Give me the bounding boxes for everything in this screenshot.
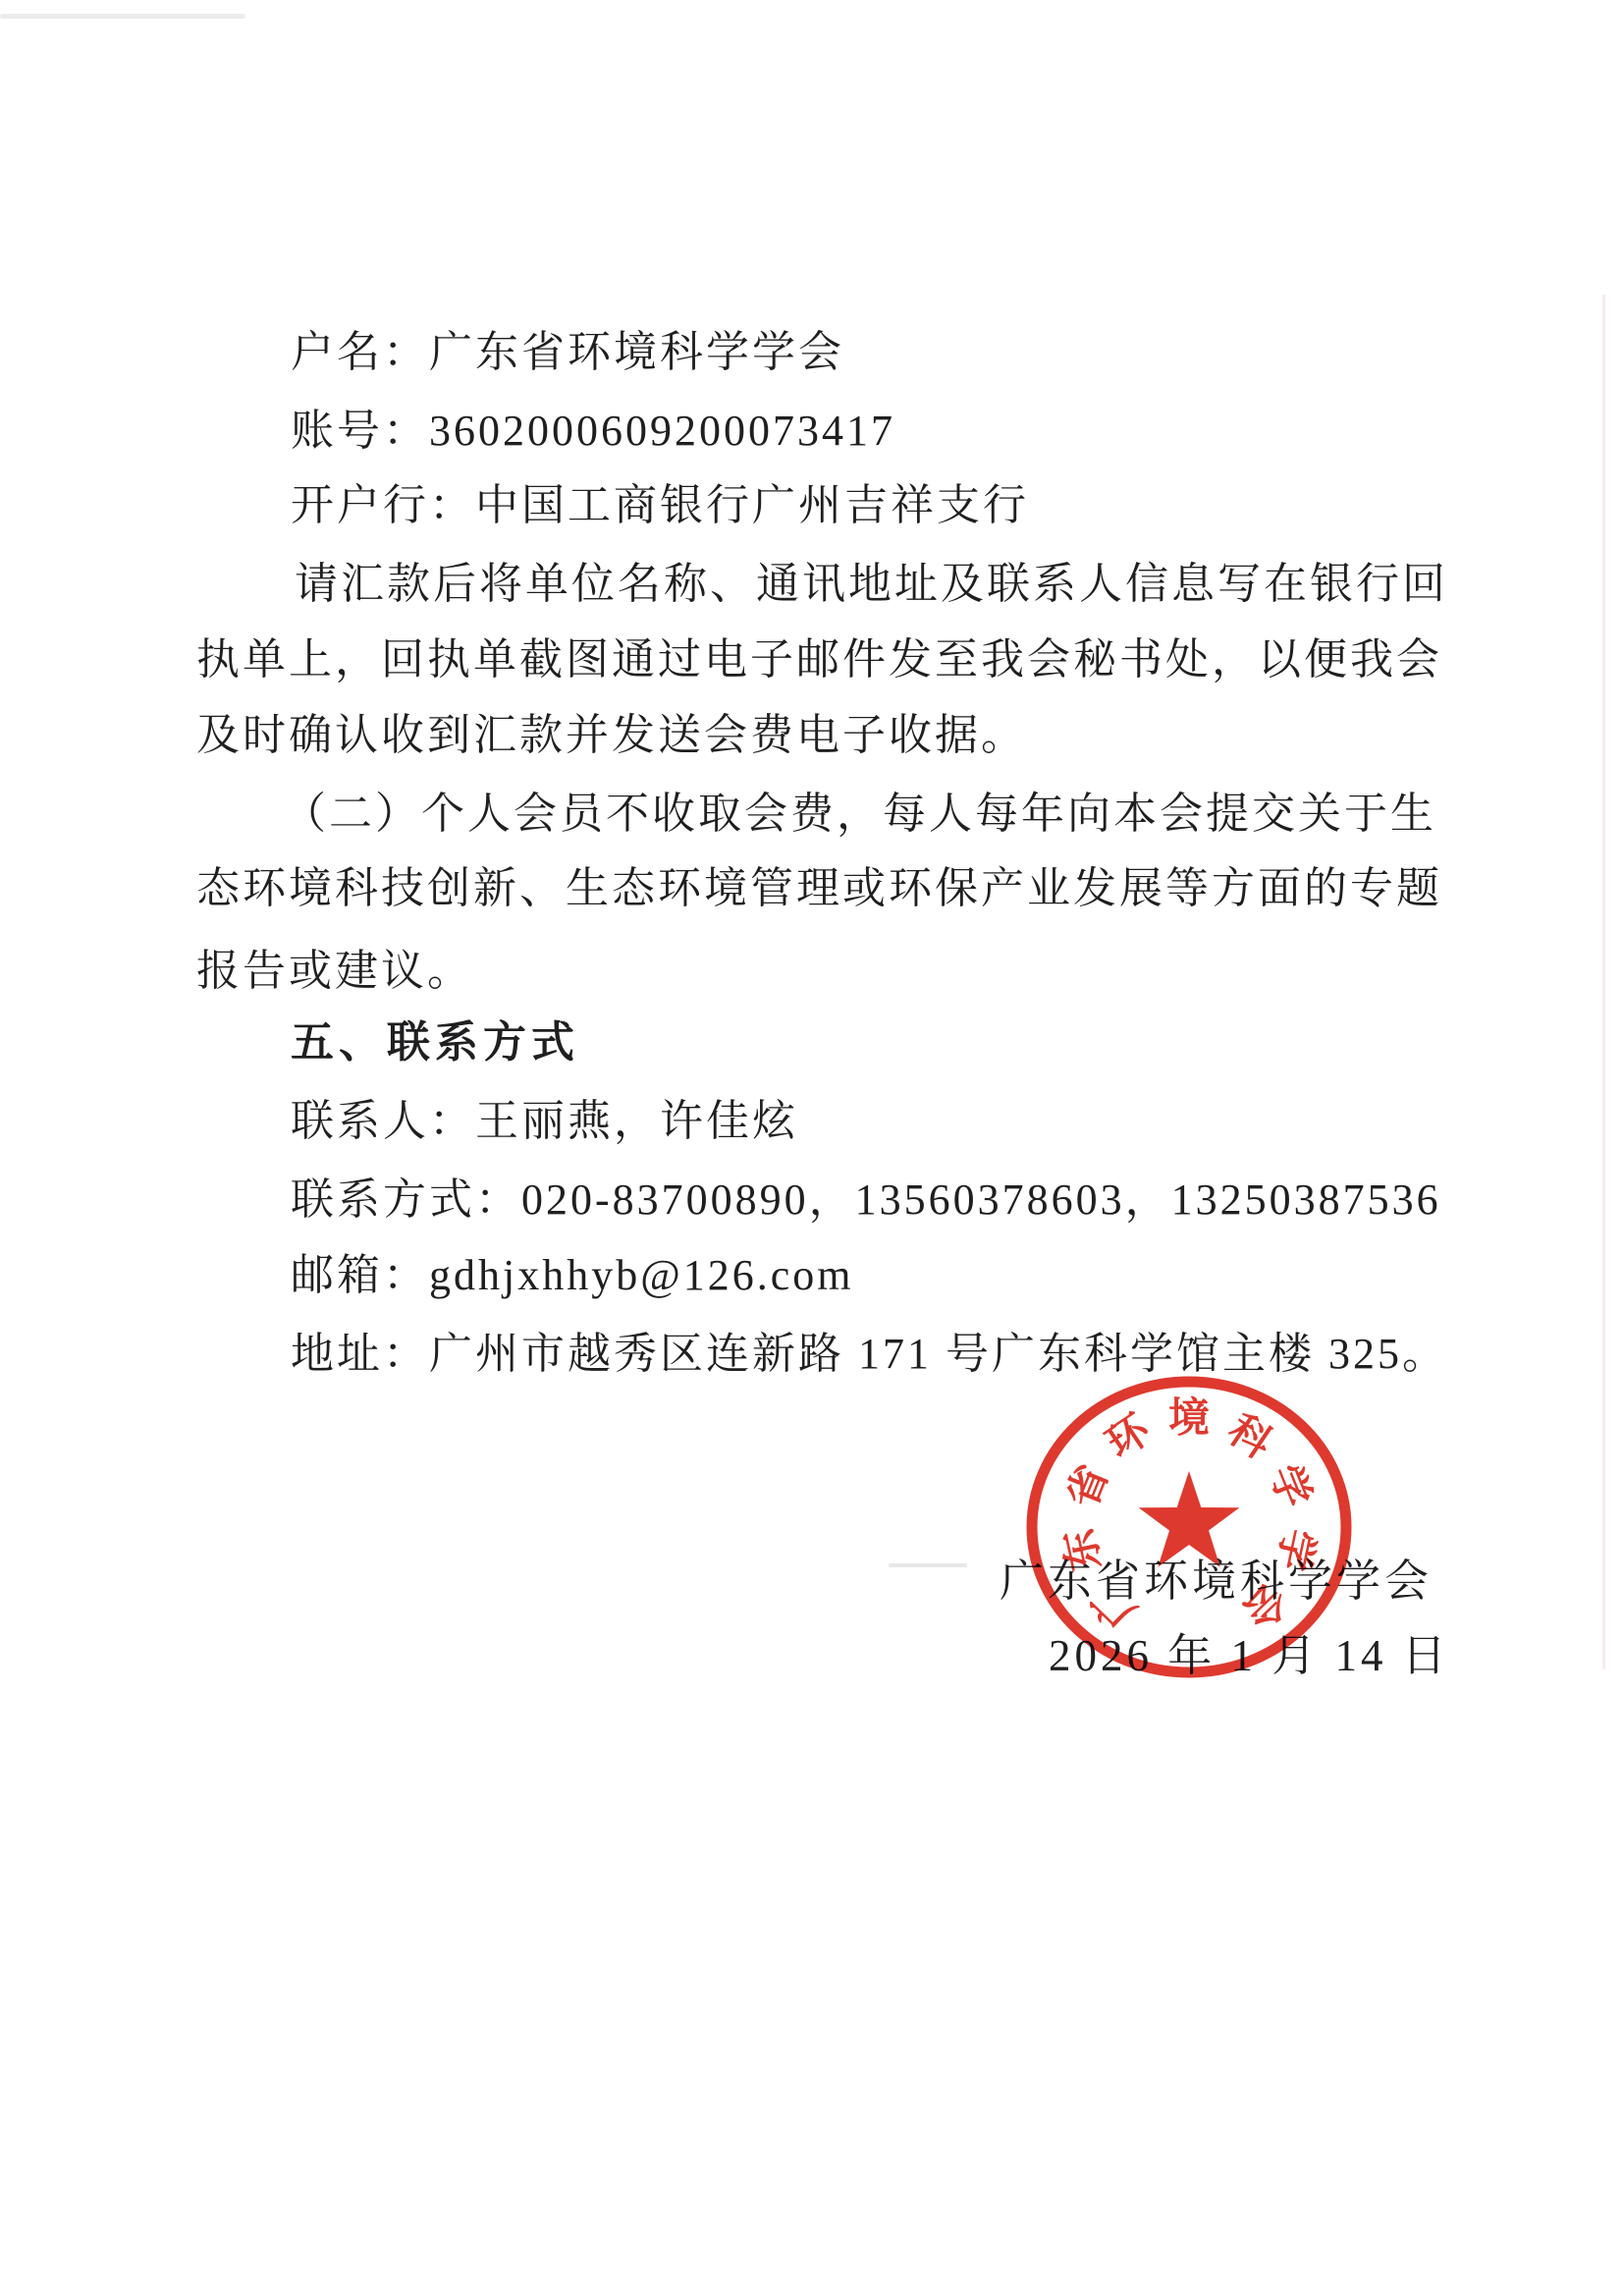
contact-phone-line: 联系方式：020-83700890，13560378603，1325038753… (291, 1175, 1441, 1226)
scanned-document-page: 户名：广东省环境科学学会 账号：3602000609200073417 开户行：… (0, 0, 1623, 2296)
scan-artifact-signature-smudge (889, 1563, 967, 1567)
seal-star-icon (1139, 1471, 1240, 1567)
bank-branch-line: 开户行：中国工商银行广州吉祥支行 (291, 480, 1029, 531)
individual-member-paragraph-line-1: （二）个人会员不收取会费，每人每年向本会提交关于生 (283, 789, 1436, 840)
official-seal: 广 东 省 环 境 科 学 学 会 (1022, 1373, 1356, 1681)
seal-char-2: 东 (1056, 1525, 1110, 1575)
bank-account-name-line: 户名：广东省环境科学学会 (291, 327, 844, 378)
section-heading-contact: 五、联系方式 (291, 1017, 579, 1068)
scan-artifact-top-smudge (0, 14, 245, 19)
remittance-paragraph-line-3: 及时确认收到汇款并发送会费电子收据。 (196, 710, 1027, 761)
seal-char-1: 广 (1083, 1574, 1145, 1636)
seal-char-4: 环 (1099, 1406, 1160, 1468)
individual-member-paragraph-line-2: 态环境科技创新、生态环境管理或环保产业发展等方面的专题 (196, 863, 1442, 914)
seal-char-7: 学 (1261, 1458, 1319, 1514)
contact-email-line: 邮箱：gdhjxhhyb@126.com (291, 1250, 854, 1301)
seal-char-9: 会 (1233, 1574, 1295, 1636)
seal-char-3: 省 (1059, 1458, 1117, 1514)
remittance-paragraph-line-2: 执单上，回执单截图通过电子邮件发至我会秘书处，以便我会 (196, 634, 1442, 685)
bank-account-number-line: 账号：3602000609200073417 (291, 406, 895, 457)
seal-char-8: 学 (1269, 1525, 1323, 1575)
seal-char-5: 境 (1168, 1395, 1210, 1442)
contact-person-line: 联系人：王丽燕，许佳炫 (291, 1096, 798, 1147)
seal-char-6: 科 (1219, 1406, 1279, 1467)
individual-member-paragraph-line-3: 报告或建议。 (196, 946, 473, 997)
scan-artifact-right-edge (1602, 295, 1605, 1669)
remittance-paragraph-line-1: 请汇款后将单位名称、通讯地址及联系人信息写在银行回 (295, 559, 1448, 610)
